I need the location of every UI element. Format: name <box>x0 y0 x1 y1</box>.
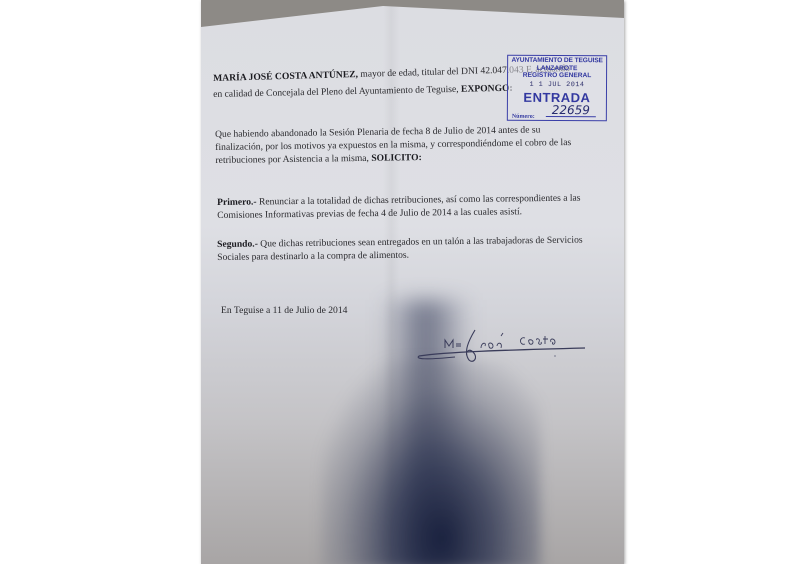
exposition-paragraph: Que habiendo abandonado la Sesión Plenar… <box>215 123 571 167</box>
segundo-label: Segundo.- <box>217 239 258 250</box>
primero-label: Primero.- <box>217 197 257 208</box>
document-photo: MARÍA JOSÉ COSTA ANTÚNEZ, mayor de edad,… <box>201 0 624 564</box>
paper-sheet: MARÍA JOSÉ COSTA ANTÚNEZ, mayor de edad,… <box>201 0 624 564</box>
author-name: MARÍA JOSÉ COSTA ANTÚNEZ, <box>213 69 358 84</box>
stamp-line-1: AYUNTAMIENTO DE TEGUISE <box>508 57 606 66</box>
solicito-heading: SOLICITO: <box>371 152 422 164</box>
signature-icon: Mª José Costa <box>415 326 595 374</box>
segundo-item: Segundo.- Que dichas retribuciones sean … <box>217 234 583 264</box>
place-date: En Teguise a 11 de Julio de 2014 <box>221 304 347 317</box>
intro-line-2-text: en calidad de Concejala del Pleno del Ay… <box>213 84 461 100</box>
expongo-heading: EXPONGO: <box>461 83 513 95</box>
stamp-date: 1 1 JUL 2014 <box>508 80 606 91</box>
registry-stamp: AYUNTAMIENTO DE TEGUISE LANZAROTE REGIST… <box>507 55 607 122</box>
para-line-text: retribuciones por Asistencia a la misma, <box>215 153 371 166</box>
stamp-number-row: Número: 22659 <box>512 105 602 117</box>
primero-item: Primero.- Renunciar a la totalidad de di… <box>217 192 581 222</box>
stamp-number-value: 22659 <box>546 104 596 117</box>
paper-shadow-bottom <box>321 360 541 564</box>
stamp-line-3: REGISTRO GENERAL <box>508 72 606 81</box>
intro-line-2: en calidad de Concejala del Pleno del Ay… <box>213 82 513 101</box>
stamp-number-label: Número: <box>512 114 535 120</box>
